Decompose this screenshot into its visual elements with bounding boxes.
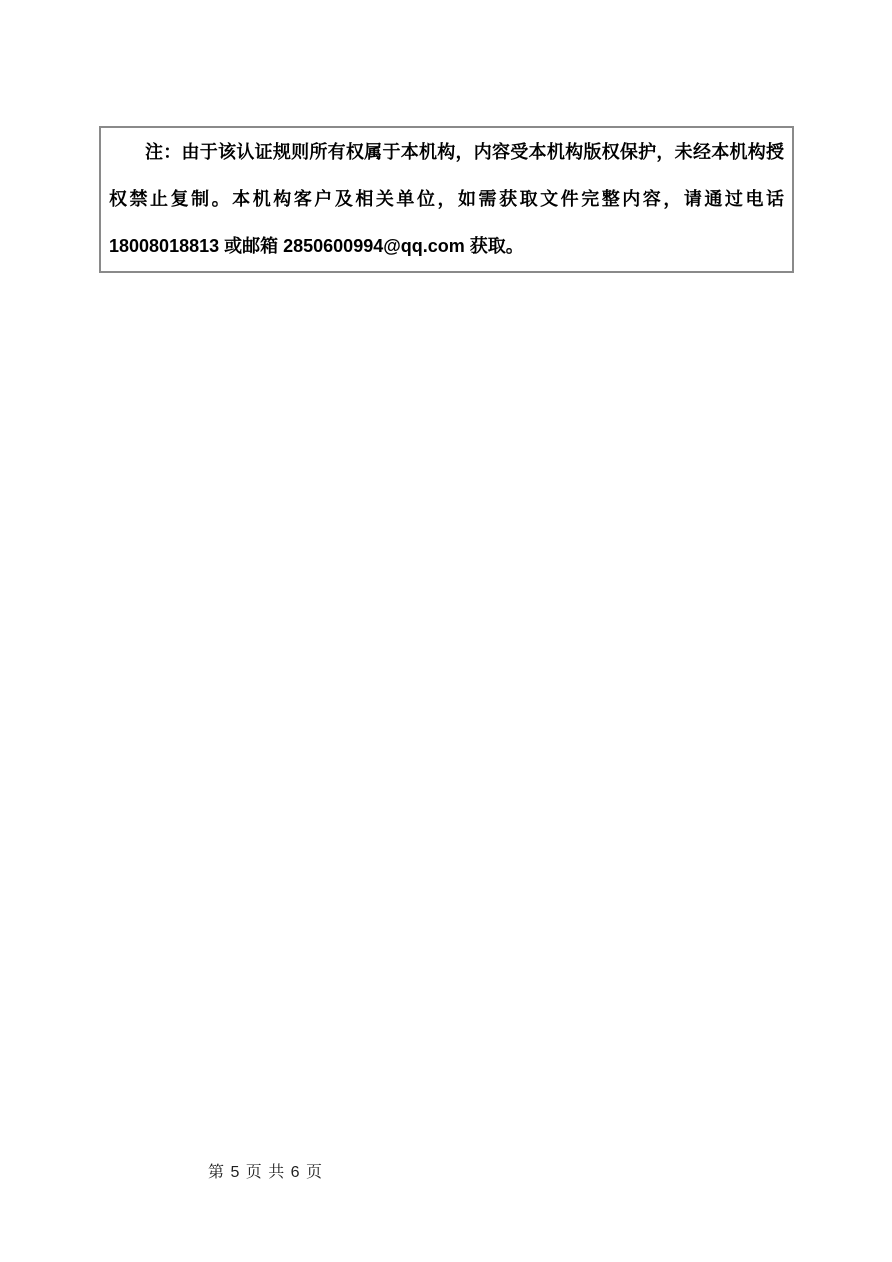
document-page: 注：由于该认证规则所有权属于本机构，内容受本机构版权保护，未经本机构授 权禁止复… (0, 0, 892, 1262)
notice-line-2: 权禁止复制。本机构客户及相关单位，如需获取文件完整内容，请通过电话 (109, 176, 784, 223)
notice-line-1: 注：由于该认证规则所有权属于本机构，内容受本机构版权保护，未经本机构授 (109, 129, 784, 176)
page-number-indicator: 第 5 页 共 6 页 (208, 1164, 323, 1181)
page-footer: 第 5 页 共 6 页 (208, 1163, 323, 1182)
copyright-notice-box: 注：由于该认证规则所有权属于本机构，内容受本机构版权保护，未经本机构授 权禁止复… (99, 126, 794, 273)
notice-line-3: 18008018813 或邮箱 2850600994@qq.com 获取。 (109, 223, 784, 270)
